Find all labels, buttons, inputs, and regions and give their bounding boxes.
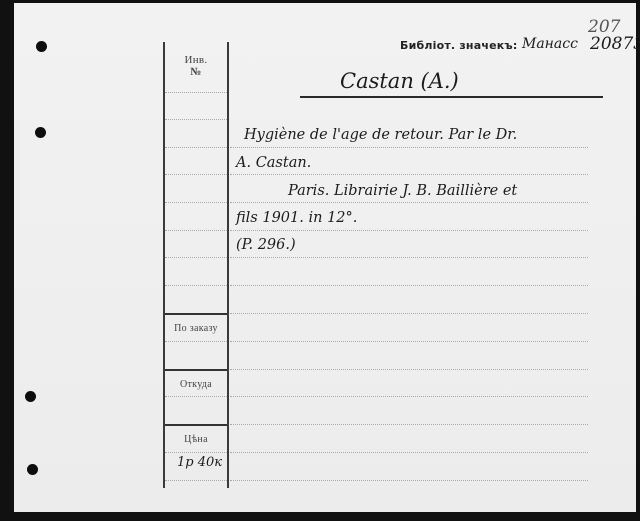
description-line: fils 1901. in 12°. [236,210,357,226]
left-column-rule [163,42,165,488]
ruled-line [230,480,588,481]
description-line: (P. 296.) [236,237,296,253]
section-divider [165,369,227,371]
ruled-line [230,452,588,453]
ruled-line [165,396,227,397]
ruled-line [230,174,588,175]
punch-hole [35,127,46,138]
punch-hole [36,41,47,52]
catalog-card: Библіот. значекъ: Манасс 207 20873 Casta… [14,3,636,512]
ruled-line [165,452,227,453]
ruled-line [165,147,227,148]
ruled-line [230,341,588,342]
call-number: 20873 [590,34,640,54]
ruled-line [230,257,588,258]
ruled-line [165,257,227,258]
ruled-line [165,174,227,175]
author-heading: Castan (A.) [340,69,459,93]
punch-hole [27,464,38,475]
ruled-line [230,424,588,425]
ruled-line [165,285,227,286]
price-label: Цѣна [165,434,227,445]
ruled-line [165,480,227,481]
order-label: По заказу [165,323,227,334]
ruled-line [165,119,227,120]
ruled-line [230,285,588,286]
right-column-rule [227,42,229,488]
ruled-line [230,313,588,314]
description-line: Paris. Librairie J. B. Baillière et [288,183,517,199]
ruled-line [230,369,588,370]
author-underline [300,96,603,98]
ruled-line [230,230,588,231]
library-mark-label: Библіот. значекъ: [400,39,518,52]
ruled-line [165,230,227,231]
section-divider [165,424,227,426]
description-line: Hygiène de l'age de retour. Par le Dr. [244,127,517,143]
source-label: Откуда [165,379,227,390]
ruled-line [165,341,227,342]
punch-hole [25,391,36,402]
price-value: 1р 40к [177,455,222,470]
ruled-line [230,202,588,203]
ruled-line [165,202,227,203]
library-mark-value: Манасс [522,36,578,52]
ruled-line [165,92,227,93]
inv-label: Инв. № [165,54,227,78]
ruled-line [230,396,588,397]
section-divider [165,313,227,315]
ruled-line [230,147,588,148]
description-line: A. Castan. [236,155,311,171]
